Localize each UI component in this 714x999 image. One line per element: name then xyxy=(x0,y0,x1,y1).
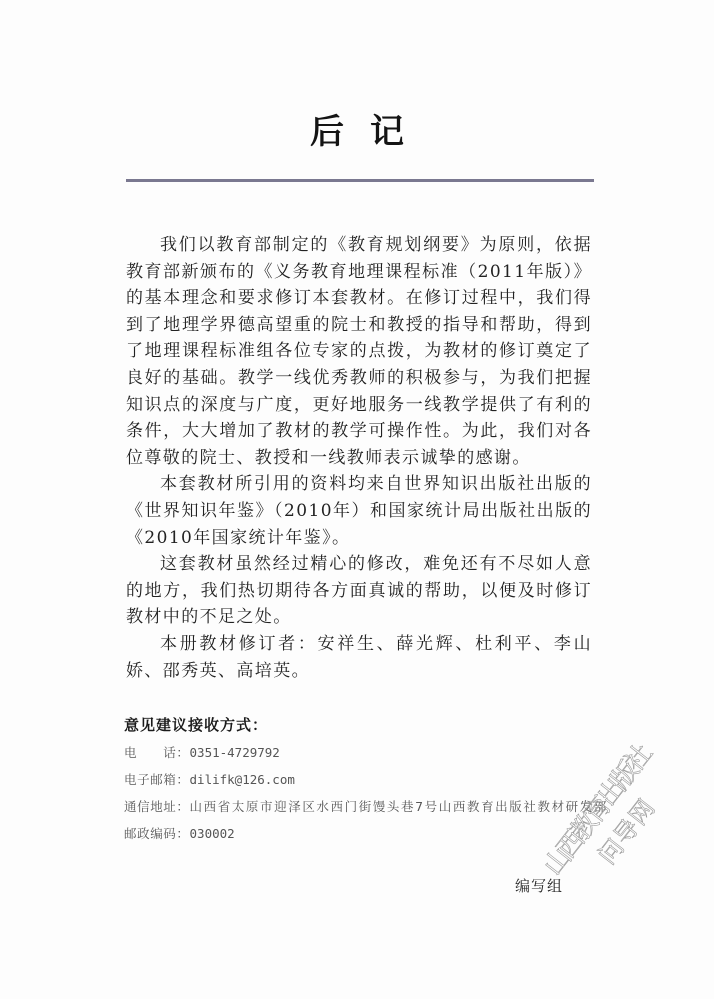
contact-heading: 意见建议接收方式： xyxy=(124,712,624,738)
paragraph-acknowledgement: 我们以教育部制定的《教育规划纲要》为原则，依据教育部新颁布的《义务教育地理课程标… xyxy=(126,232,592,471)
address-value: 山西省太原市迎泽区水西门街馒头巷7号山西教育出版社教材研发部 xyxy=(190,799,608,814)
phone-label: 电 话： xyxy=(124,739,190,766)
postcode-label: 邮政编码： xyxy=(124,820,190,847)
email-label: 电子邮箱： xyxy=(124,766,190,793)
contact-section: 意见建议接收方式： 电 话：0351-4729792 电子邮箱：dilifk@1… xyxy=(124,712,624,847)
postcode-value: 030002 xyxy=(190,826,235,841)
paragraph-data-sources: 本套教材所引用的资料均来自世界知识出版社出版的《世界知识年鉴》（2010年）和国… xyxy=(126,471,592,551)
email-value: dilifk@126.com xyxy=(190,772,295,787)
address-label: 通信地址： xyxy=(124,793,190,820)
phone-value: 0351-4729792 xyxy=(190,745,280,760)
contact-postcode: 邮政编码：030002 xyxy=(124,820,624,847)
page-title: 后记 xyxy=(0,110,714,154)
contact-email: 电子邮箱：dilifk@126.com xyxy=(124,766,624,793)
paragraph-feedback-request: 这套教材虽然经过精心的修改，难免还有不尽如人意的地方，我们热切期待各方面真诚的帮… xyxy=(126,551,592,631)
afterword-body: 我们以教育部制定的《教育规划纲要》为原则，依据教育部新颁布的《义务教育地理课程标… xyxy=(126,232,592,684)
title-divider xyxy=(126,179,594,182)
contact-address: 通信地址：山西省太原市迎泽区水西门街馒头巷7号山西教育出版社教材研发部 xyxy=(124,793,624,820)
contact-phone: 电 话：0351-4729792 xyxy=(124,739,624,766)
paragraph-revisers: 本册教材修订者：安祥生、薛光辉、杜利平、李山娇、邵秀英、高培英。 xyxy=(126,631,592,684)
signature: 编写组 xyxy=(515,875,563,896)
